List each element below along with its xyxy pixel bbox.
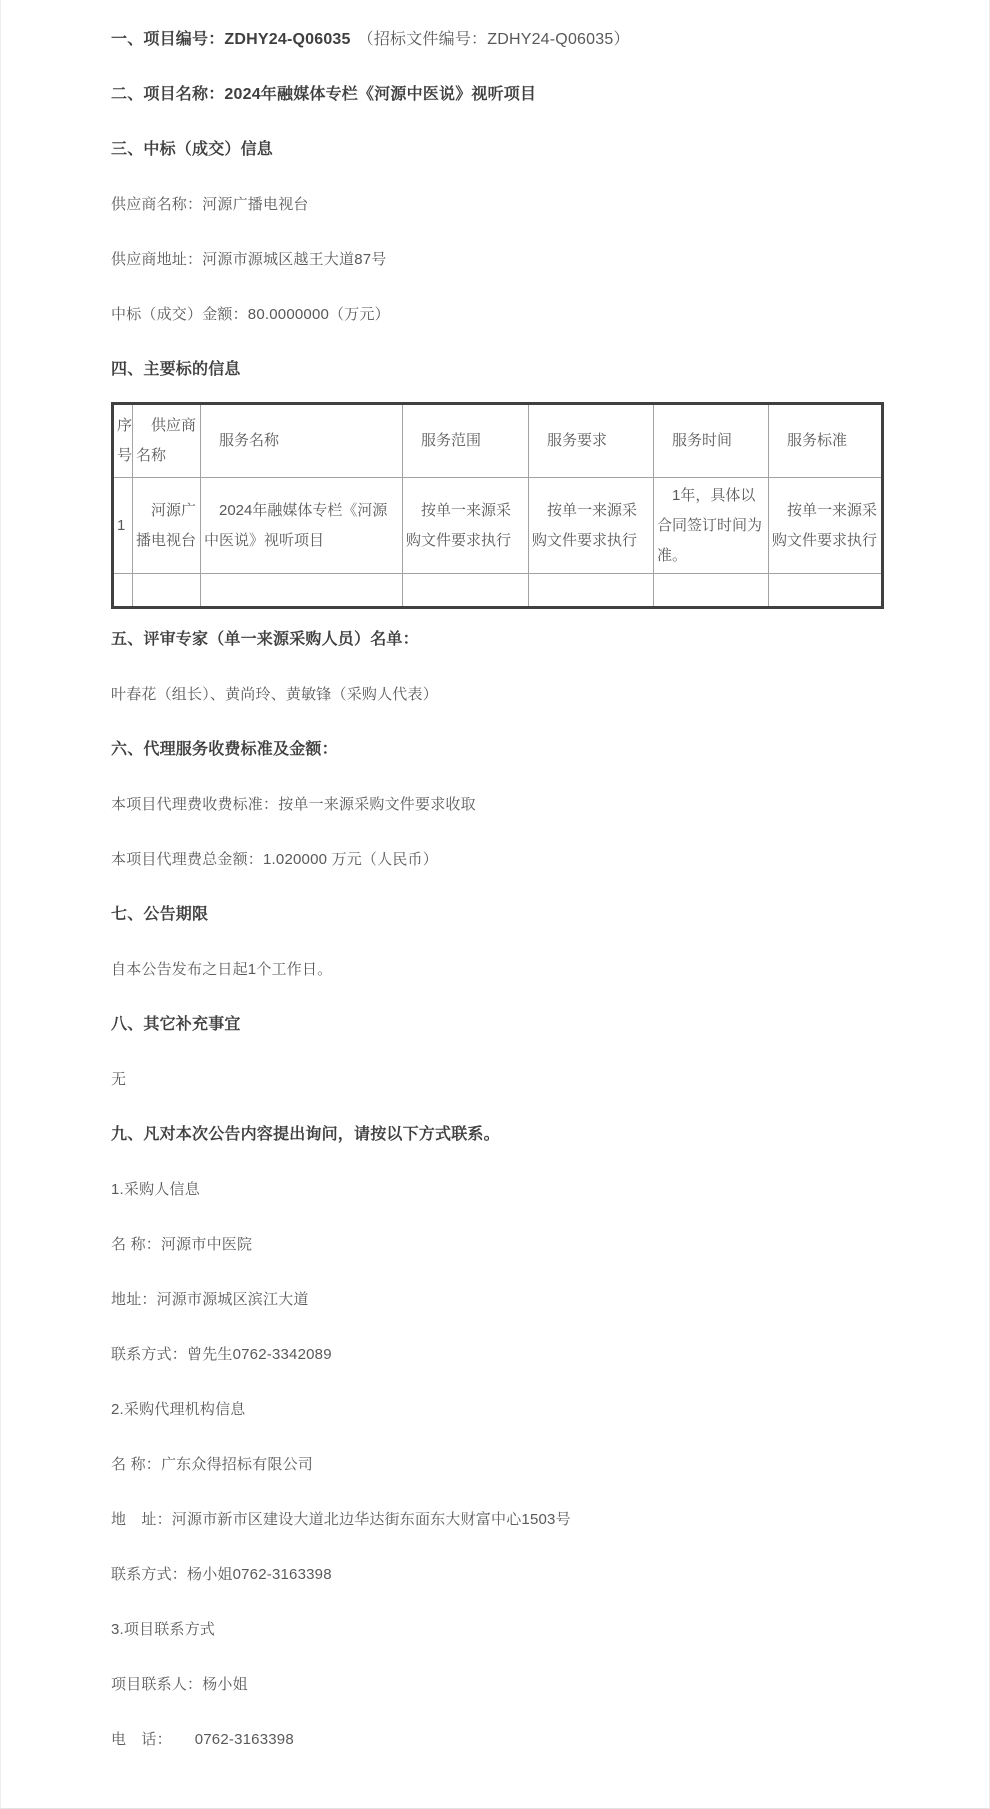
table-header-row: 序号 供应商名称 服务名称 服务范围 服务要求 服务时间 服务标准 bbox=[113, 404, 883, 478]
supplier-name: 供应商名称：河源广播电视台 bbox=[111, 195, 879, 214]
section-2-project-name: 二、项目名称：2024年融媒体专栏《河源中医说》视听项目 bbox=[111, 85, 879, 104]
section-8-other-heading: 八、其它补充事宜 bbox=[111, 1015, 879, 1034]
table-empty-row bbox=[113, 574, 883, 608]
empty-cell bbox=[654, 574, 769, 608]
header-supplier-name: 供应商名称 bbox=[133, 404, 201, 478]
section-7-period-heading: 七、公告期限 bbox=[111, 905, 879, 924]
cell-supplier-name: 河源广播电视台 bbox=[133, 478, 201, 574]
main-bid-items-table: 序号 供应商名称 服务名称 服务范围 服务要求 服务时间 服务标准 1 河源广播… bbox=[111, 402, 884, 609]
cell-serial-number: 1 bbox=[113, 478, 133, 574]
other-matters: 无 bbox=[111, 1070, 879, 1089]
purchaser-name: 名 称：河源市中医院 bbox=[111, 1235, 879, 1254]
header-serial-number: 序号 bbox=[113, 404, 133, 478]
supplier-address: 供应商地址：河源市源城区越王大道87号 bbox=[111, 250, 879, 269]
section-1-project-number: 一、项目编号：ZDHY24-Q06035（招标文件编号：ZDHY24-Q0603… bbox=[111, 30, 879, 49]
tender-doc-number: （招标文件编号：ZDHY24-Q06035） bbox=[351, 31, 630, 48]
header-service-name: 服务名称 bbox=[201, 404, 403, 478]
empty-cell bbox=[403, 574, 529, 608]
section-5-experts-heading: 五、评审专家（单一来源采购人员）名单： bbox=[111, 630, 879, 649]
project-number-bold: 一、项目编号：ZDHY24-Q06035 bbox=[111, 31, 351, 48]
cell-service-time: 1年，具体以合同签订时间为准。 bbox=[654, 478, 769, 574]
announcement-period: 自本公告发布之日起1个工作日。 bbox=[111, 960, 879, 979]
agency-name: 名 称：广东众得招标有限公司 bbox=[111, 1455, 879, 1474]
header-service-time: 服务时间 bbox=[654, 404, 769, 478]
cell-service-scope: 按单一来源采购文件要求执行 bbox=[403, 478, 529, 574]
purchaser-address: 地址：河源市源城区滨江大道 bbox=[111, 1290, 879, 1309]
table-row: 1 河源广播电视台 2024年融媒体专栏《河源中医说》视听项目 按单一来源采购文… bbox=[113, 478, 883, 574]
purchaser-info-title: 1.采购人信息 bbox=[111, 1180, 879, 1199]
agency-address: 地 址：河源市新市区建设大道北边华达街东面东大财富中心1503号 bbox=[111, 1510, 879, 1529]
purchaser-contact: 联系方式：曾先生0762-3342089 bbox=[111, 1345, 879, 1364]
project-contact-phone: 电 话： 0762-3163398 bbox=[111, 1730, 879, 1749]
agency-contact: 联系方式：杨小姐0762-3163398 bbox=[111, 1565, 879, 1584]
empty-cell bbox=[529, 574, 654, 608]
header-service-scope: 服务范围 bbox=[403, 404, 529, 478]
cell-service-standard: 按单一来源采购文件要求执行 bbox=[769, 478, 883, 574]
empty-cell bbox=[201, 574, 403, 608]
section-9-contact-heading: 九、凡对本次公告内容提出询问，请按以下方式联系。 bbox=[111, 1125, 879, 1144]
header-service-requirement: 服务要求 bbox=[529, 404, 654, 478]
section-6-agency-fee-heading: 六、代理服务收费标准及金额： bbox=[111, 740, 879, 759]
announcement-document: 一、项目编号：ZDHY24-Q06035（招标文件编号：ZDHY24-Q0603… bbox=[0, 0, 990, 1809]
agency-fee-total: 本项目代理费总金额：1.020000 万元（人民币） bbox=[111, 850, 879, 869]
experts-list: 叶春花（组长）、黄尚玲、黄敏锋（采购人代表） bbox=[111, 685, 879, 704]
project-contact-title: 3.项目联系方式 bbox=[111, 1620, 879, 1639]
empty-cell bbox=[769, 574, 883, 608]
header-service-standard: 服务标准 bbox=[769, 404, 883, 478]
cell-service-name: 2024年融媒体专栏《河源中医说》视听项目 bbox=[201, 478, 403, 574]
project-contact-person: 项目联系人：杨小姐 bbox=[111, 1675, 879, 1694]
section-4-main-items-heading: 四、主要标的信息 bbox=[111, 360, 879, 379]
section-3-award-info-heading: 三、中标（成交）信息 bbox=[111, 140, 879, 159]
cell-service-requirement: 按单一来源采购文件要求执行 bbox=[529, 478, 654, 574]
agency-info-title: 2.采购代理机构信息 bbox=[111, 1400, 879, 1419]
award-amount: 中标（成交）金额：80.0000000（万元） bbox=[111, 305, 879, 324]
agency-fee-standard: 本项目代理费收费标准：按单一来源采购文件要求收取 bbox=[111, 795, 879, 814]
empty-cell bbox=[133, 574, 201, 608]
empty-cell bbox=[113, 574, 133, 608]
